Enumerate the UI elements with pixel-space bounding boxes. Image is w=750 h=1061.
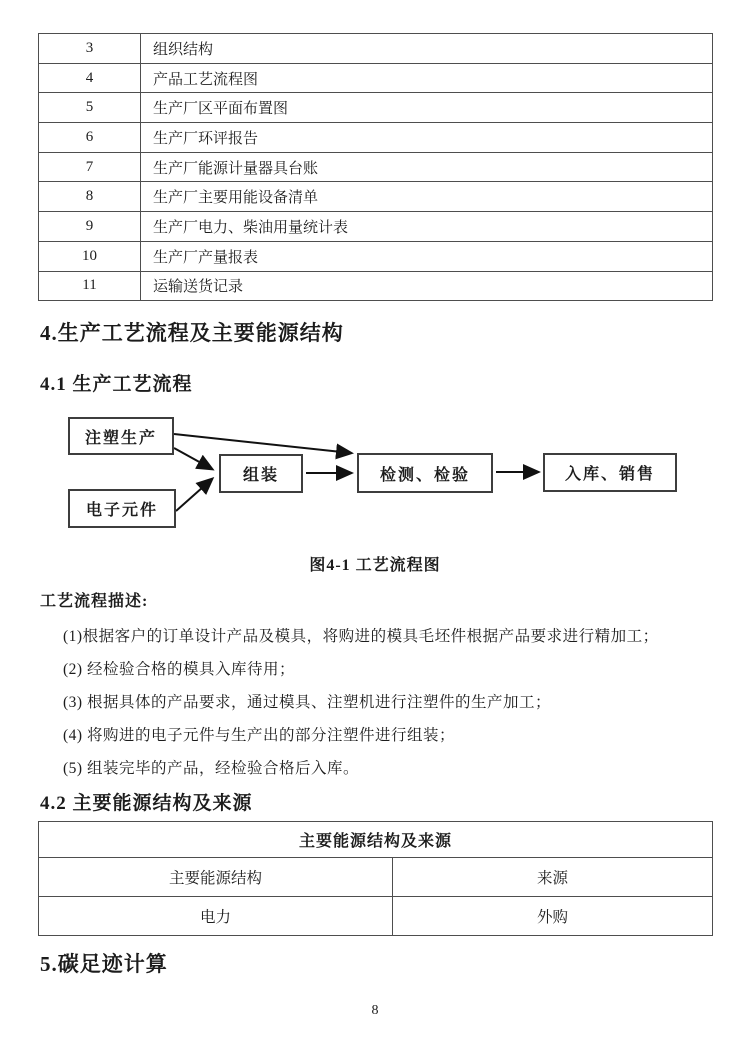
- arrow-injection-to-assembly: [174, 448, 212, 469]
- row-number: 10: [39, 241, 141, 271]
- energy-col1-header: 主要能源结构: [39, 858, 393, 897]
- flow-node-warehouse: 入库、销售: [543, 453, 677, 492]
- table-row: 11 运输送货记录: [39, 271, 713, 301]
- energy-structure-value: 电力: [39, 897, 393, 936]
- page-number: 8: [0, 1003, 750, 1019]
- table-row: 9 生产厂电力、柴油用量统计表: [39, 212, 713, 242]
- table-row: 主要能源结构 来源: [39, 858, 713, 897]
- row-item: 生产厂区平面布置图: [141, 93, 713, 123]
- section-4-1-heading: 4.1 生产工艺流程: [40, 369, 193, 396]
- row-number: 7: [39, 152, 141, 182]
- arrow-electronic-to-assembly: [176, 479, 212, 511]
- row-item: 生产厂能源计量器具台账: [141, 152, 713, 182]
- flow-node-injection: 注塑生产: [68, 417, 174, 455]
- row-item: 运输送货记录: [141, 271, 713, 301]
- row-item: 生产厂电力、柴油用量统计表: [141, 212, 713, 242]
- table-row: 7 生产厂能源计量器具台账: [39, 152, 713, 182]
- row-item: 生产厂环评报告: [141, 123, 713, 153]
- table-row: 6 生产厂环评报告: [39, 123, 713, 153]
- row-item: 生产厂产量报表: [141, 241, 713, 271]
- energy-table: 主要能源结构及来源 主要能源结构 来源 电力 外购: [38, 821, 713, 936]
- row-item: 组织结构: [141, 34, 713, 64]
- section-5-heading: 5.碳足迹计算: [40, 948, 168, 978]
- section-4-heading: 4.生产工艺流程及主要能源结构: [40, 317, 344, 347]
- appendix-table: 3 组织结构 4 产品工艺流程图 5 生产厂区平面布置图 6 生产厂环评报告 7…: [38, 33, 713, 301]
- figure-caption: 图4-1 工艺流程图: [0, 552, 750, 575]
- row-number: 3: [39, 34, 141, 64]
- section-4-2-heading: 4.2 主要能源结构及来源: [40, 788, 253, 815]
- energy-col2-header: 来源: [393, 858, 713, 897]
- flow-node-inspection: 检测、检验: [357, 453, 493, 493]
- row-number: 4: [39, 63, 141, 93]
- flow-node-assembly: 组装: [219, 454, 303, 493]
- table-row: 8 生产厂主要用能设备清单: [39, 182, 713, 212]
- energy-table-title: 主要能源结构及来源: [39, 822, 713, 858]
- process-desc-title: 工艺流程描述:: [40, 588, 148, 611]
- row-item: 生产厂主要用能设备清单: [141, 182, 713, 212]
- table-row: 5 生产厂区平面布置图: [39, 93, 713, 123]
- process-step: (3) 根据具体的产品要求，通过模具、注塑机进行注塑件的生产加工；: [63, 690, 551, 712]
- process-step: (5) 组装完毕的产品，经检验合格后入库。: [63, 756, 359, 778]
- row-number: 5: [39, 93, 141, 123]
- process-step: (2) 经检验合格的模具入库待用；: [63, 657, 295, 679]
- table-row: 10 生产厂产量报表: [39, 241, 713, 271]
- row-number: 6: [39, 123, 141, 153]
- row-item: 产品工艺流程图: [141, 63, 713, 93]
- row-number: 9: [39, 212, 141, 242]
- energy-source-value: 外购: [393, 897, 713, 936]
- row-number: 8: [39, 182, 141, 212]
- table-row: 电力 外购: [39, 897, 713, 936]
- flow-node-electronic: 电子元件: [68, 489, 176, 528]
- table-row: 主要能源结构及来源: [39, 822, 713, 858]
- process-step: (4) 将购进的电子元件与生产出的部分注塑件进行组装；: [63, 723, 455, 745]
- process-step: (1)根据客户的订单设计产品及模具，将购进的模具毛坯件根据产品要求进行精加工；: [63, 624, 659, 646]
- row-number: 11: [39, 271, 141, 301]
- arrow-injection-to-inspection: [174, 434, 351, 453]
- process-flowchart: 注塑生产 电子元件 组装 检测、检验 入库、销售: [0, 408, 750, 548]
- table-row: 3 组织结构: [39, 34, 713, 64]
- table-row: 4 产品工艺流程图: [39, 63, 713, 93]
